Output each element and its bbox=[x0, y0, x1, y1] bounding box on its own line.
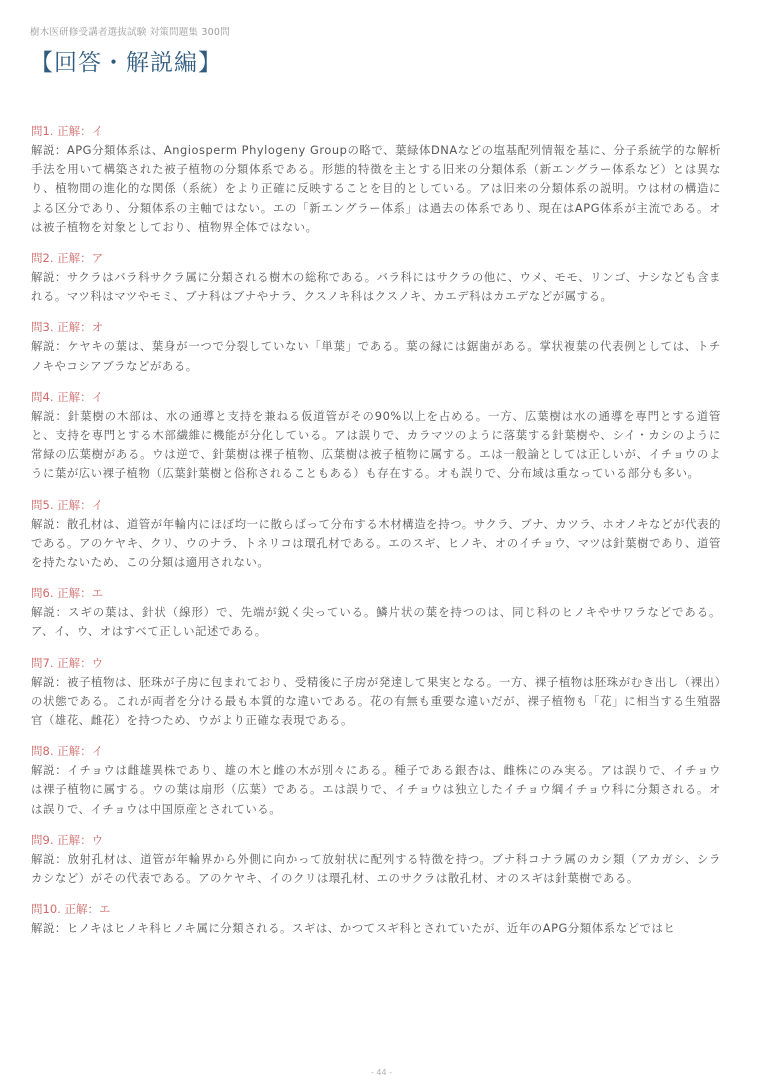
qa-item-7: 問7. 正解：ウ 解説：被子植物は、胚珠が子房に包まれており、受精後に子房が発達… bbox=[31, 654, 721, 731]
qa-explanation: 解説：ケヤキの葉は、葉身が一つで分裂していない「単葉」である。葉の縁には鋸歯があ… bbox=[31, 337, 721, 375]
qa-explanation: 解説：被子植物は、胚珠が子房に包まれており、受精後に子房が発達して果実となる。一… bbox=[31, 673, 721, 731]
qa-answer: 問9. 正解：ウ bbox=[31, 831, 721, 850]
qa-explanation: 解説：ヒノキはヒノキ科ヒノキ属に分類される。スギは、かつてスギ科とされていたが、… bbox=[31, 919, 721, 938]
qa-item-4: 問4. 正解：イ 解説：針葉樹の木部は、水の通導と支持を兼ねる仮道管がその90%… bbox=[31, 388, 721, 484]
page-header: 樹木医研修受講者選抜試験 対策問題集 300問 bbox=[30, 24, 230, 38]
qa-explanation: 解説：イチョウは雌雄異株であり、雄の木と雌の木が別々にある。種子である銀杏は、雌… bbox=[31, 761, 721, 819]
qa-answer: 問3. 正解：オ bbox=[31, 318, 721, 337]
page-number: - 44 - bbox=[0, 1068, 763, 1077]
qa-answer: 問2. 正解：ア bbox=[31, 249, 721, 268]
qa-item-8: 問8. 正解：イ 解説：イチョウは雌雄異株であり、雄の木と雌の木が別々にある。種… bbox=[31, 742, 721, 819]
qa-answer: 問8. 正解：イ bbox=[31, 742, 721, 761]
qa-explanation: 解説：サクラはバラ科サクラ属に分類される樹木の総称である。バラ科にはサクラの他に… bbox=[31, 268, 721, 306]
qa-answer: 問7. 正解：ウ bbox=[31, 654, 721, 673]
qa-item-3: 問3. 正解：オ 解説：ケヤキの葉は、葉身が一つで分裂していない「単葉」である。… bbox=[31, 318, 721, 375]
qa-item-9: 問9. 正解：ウ 解説：放射孔材は、道管が年輪界から外側に向かって放射状に配列す… bbox=[31, 831, 721, 888]
qa-answer: 問4. 正解：イ bbox=[31, 388, 721, 407]
qa-answer: 問10. 正解：エ bbox=[31, 900, 721, 919]
page-title: 【回答・解説編】 bbox=[30, 44, 222, 77]
qa-explanation: 解説：針葉樹の木部は、水の通導と支持を兼ねる仮道管がその90%以上を占める。一方… bbox=[31, 407, 721, 484]
qa-explanation: 解説：スギの葉は、針状（線形）で、先端が鋭く尖っている。鱗片状の葉を持つのは、同… bbox=[31, 603, 721, 641]
qa-item-10: 問10. 正解：エ 解説：ヒノキはヒノキ科ヒノキ属に分類される。スギは、かつてス… bbox=[31, 900, 721, 938]
qa-item-6: 問6. 正解：エ 解説：スギの葉は、針状（線形）で、先端が鋭く尖っている。鱗片状… bbox=[31, 584, 721, 641]
qa-explanation: 解説：放射孔材は、道管が年輪界から外側に向かって放射状に配列する特徴を持つ。ブナ… bbox=[31, 850, 721, 888]
qa-list: 問1. 正解：イ 解説：APG分類体系は、Angiosperm Phylogen… bbox=[31, 122, 721, 950]
qa-item-5: 問5. 正解：イ 解説：散孔材は、道管が年輪内にほぼ均一に散らばって分布する木材… bbox=[31, 496, 721, 573]
qa-answer: 問5. 正解：イ bbox=[31, 496, 721, 515]
qa-answer: 問6. 正解：エ bbox=[31, 584, 721, 603]
qa-answer: 問1. 正解：イ bbox=[31, 122, 721, 141]
qa-explanation: 解説：散孔材は、道管が年輪内にほぼ均一に散らばって分布する木材構造を持つ。サクラ… bbox=[31, 515, 721, 573]
qa-explanation: 解説：APG分類体系は、Angiosperm Phylogeny Groupの略… bbox=[31, 141, 721, 237]
qa-item-2: 問2. 正解：ア 解説：サクラはバラ科サクラ属に分類される樹木の総称である。バラ… bbox=[31, 249, 721, 306]
qa-item-1: 問1. 正解：イ 解説：APG分類体系は、Angiosperm Phylogen… bbox=[31, 122, 721, 237]
